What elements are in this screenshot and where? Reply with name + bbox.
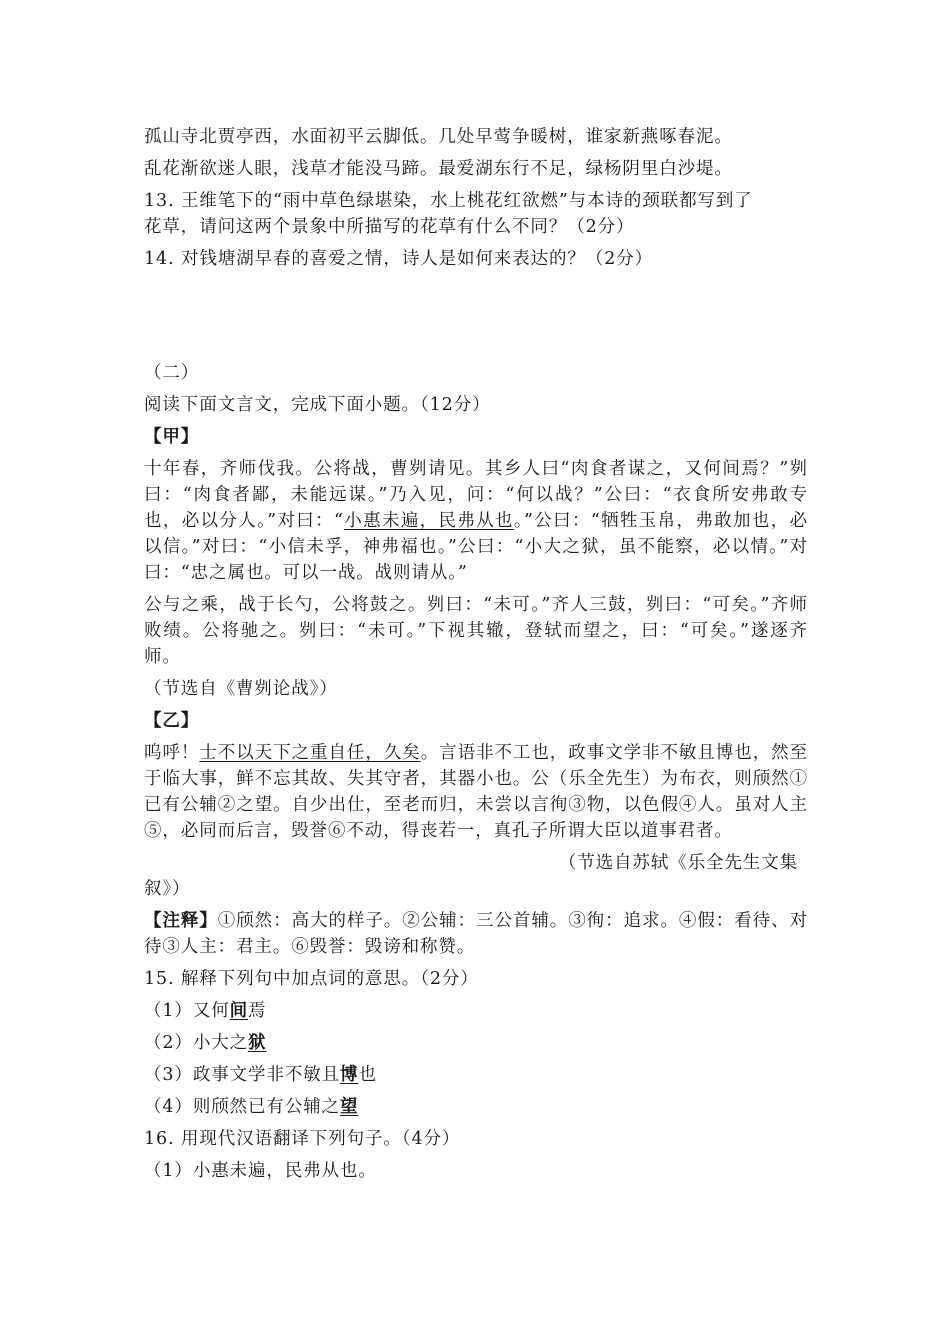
poem-line-2: 乱花渐欲迷人眼，浅草才能没马蹄。最爱湖东行不足，绿杨阴里白沙堤。 xyxy=(144,156,808,182)
item-prefix: （2）小大之 xyxy=(144,1033,248,1053)
item-suffix: 也 xyxy=(358,1065,376,1085)
passage-jia-paragraph-2: 公与之乘，战于长勺，公将鼓之。刿曰：“未可。”齐人三鼓，刿曰：“可矣。”齐师败绩… xyxy=(144,592,808,670)
underlined-sentence: 士不以天下之重自任，久矣 xyxy=(199,743,420,763)
item-prefix: （3）政事文学非不敏且 xyxy=(144,1065,340,1085)
question-13-line-1: 13. 王维笔下的“雨中草色绿堪染，水上桃花红欲燃”与本诗的颈联都写到了 xyxy=(144,188,808,214)
question-14: 14. 对钱塘湖早春的喜爱之情，诗人是如何来表达的？（2分） xyxy=(144,246,808,272)
dotted-word: 狱 xyxy=(248,1033,266,1053)
annotations: 【注释】①颀然：高大的样子。②公辅：三公首辅。③徇：追求。④假：看待、对待③人主… xyxy=(144,908,808,960)
item-prefix: （1）又何 xyxy=(144,1001,230,1021)
annotations-label: 【注释】 xyxy=(144,911,218,931)
question-16-item-1: （1）小惠未遍，民弗从也。 xyxy=(144,1158,808,1184)
annotations-text: ①颀然：高大的样子。②公辅：三公首辅。③徇：追求。④假：看待、对待③人主：君主。… xyxy=(144,911,808,957)
dotted-word: 望 xyxy=(340,1097,358,1117)
passage-yi-source-line-2: 叙》） xyxy=(144,876,808,902)
item-suffix: 焉 xyxy=(248,1001,266,1021)
passage-yi-source-line-1: （节选自苏轼《乐全先生文集 xyxy=(144,850,808,876)
passage-jia-source: （节选自《曹刿论战》） xyxy=(144,676,808,702)
question-15-item-2: （2）小大之狱 xyxy=(144,1030,808,1056)
dotted-word: 间 xyxy=(230,1001,248,1021)
question-15-item-1: （1）又何间焉 xyxy=(144,998,808,1024)
passage-yi-paragraph: 呜呼！士不以天下之重自任，久矣。言语非不工也，政事文学非不敏且博也，然至于临大事… xyxy=(144,740,808,844)
answer-space xyxy=(144,272,808,356)
underlined-sentence: 小惠未遍，民弗从也 xyxy=(344,511,514,531)
item-prefix: （4）则颀然已有公辅之 xyxy=(144,1097,340,1117)
document-page: 孤山寺北贾亭西，水面初平云脚低。几处早莺争暖树，谁家新燕啄春泥。 乱花渐欲迷人眼… xyxy=(144,124,808,1184)
section-instruction: 阅读下面文言文，完成下面小题。（12分） xyxy=(144,392,808,418)
question-15-prompt: 15. 解释下列句中加点词的意思。（2分） xyxy=(144,966,808,992)
passage-jia-paragraph-1: 十年春，齐师伐我。公将战，曹刿请见。其乡人曰“肉食者谋之，又何间焉？”刿曰：“肉… xyxy=(144,456,808,586)
dotted-word: 博 xyxy=(340,1065,358,1085)
passage-yi-text-a: 呜呼！ xyxy=(144,743,199,763)
passage-yi-label: 【乙】 xyxy=(144,708,808,734)
question-15-item-4: （4）则颀然已有公辅之望 xyxy=(144,1094,808,1120)
question-13-line-2: 花草，请问这两个景象中所描写的花草有什么不同？（2分） xyxy=(144,214,808,240)
section-heading: （二） xyxy=(144,360,808,386)
poem-line-1: 孤山寺北贾亭西，水面初平云脚低。几处早莺争暖树，谁家新燕啄春泥。 xyxy=(144,124,808,150)
question-13: 13. 王维笔下的“雨中草色绿堪染，水上桃花红欲燃”与本诗的颈联都写到了 花草，… xyxy=(144,188,808,240)
question-15-item-3: （3）政事文学非不敏且博也 xyxy=(144,1062,808,1088)
passage-jia-label: 【甲】 xyxy=(144,424,808,450)
question-16-prompt: 16. 用现代汉语翻译下列句子。（4分） xyxy=(144,1126,808,1152)
